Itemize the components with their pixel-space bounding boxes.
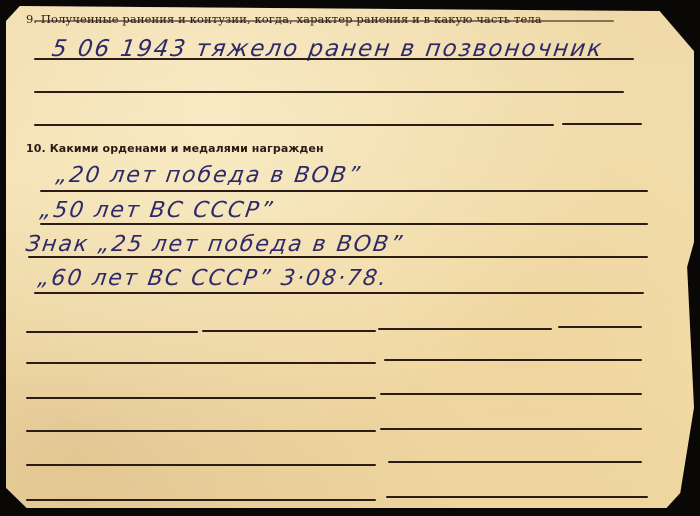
form-line: [34, 124, 554, 126]
form-line: [26, 397, 376, 399]
form-line: [26, 499, 376, 501]
form-line: [26, 430, 376, 432]
form-line: [558, 326, 642, 328]
award-entry-4: „60 лет ВС СССР” 3·08·78.: [36, 266, 389, 291]
form-line: [562, 123, 642, 125]
form-line: [34, 292, 644, 294]
form-line: [34, 91, 624, 93]
form-line: [28, 256, 648, 258]
award-entry-2: „50 лет ВС СССР”: [38, 198, 276, 223]
form-line: [384, 359, 642, 361]
form-line: [34, 58, 634, 60]
award-entry-1: „20 лет победа в ВОВ”: [54, 163, 363, 188]
form-line: [40, 223, 648, 225]
strikethrough-line: [34, 20, 614, 22]
section-9-label: 9. Полученные ранения и контузии, когда,…: [26, 12, 542, 26]
form-line: [388, 461, 642, 463]
document-card: 9. Полученные ранения и контузии, когда,…: [6, 6, 694, 508]
form-line: [26, 362, 376, 364]
form-line: [386, 496, 648, 498]
form-line: [380, 428, 642, 430]
form-line: [380, 393, 642, 395]
form-line: [40, 190, 648, 192]
section-10-label: 10. Какими орденами и медалями награжден: [26, 142, 324, 155]
form-line: [26, 464, 376, 466]
form-line: [378, 328, 552, 330]
form-line: [26, 331, 198, 333]
form-line: [202, 330, 376, 332]
award-entry-3: Знак „25 лет победа в ВОВ”: [24, 232, 405, 257]
